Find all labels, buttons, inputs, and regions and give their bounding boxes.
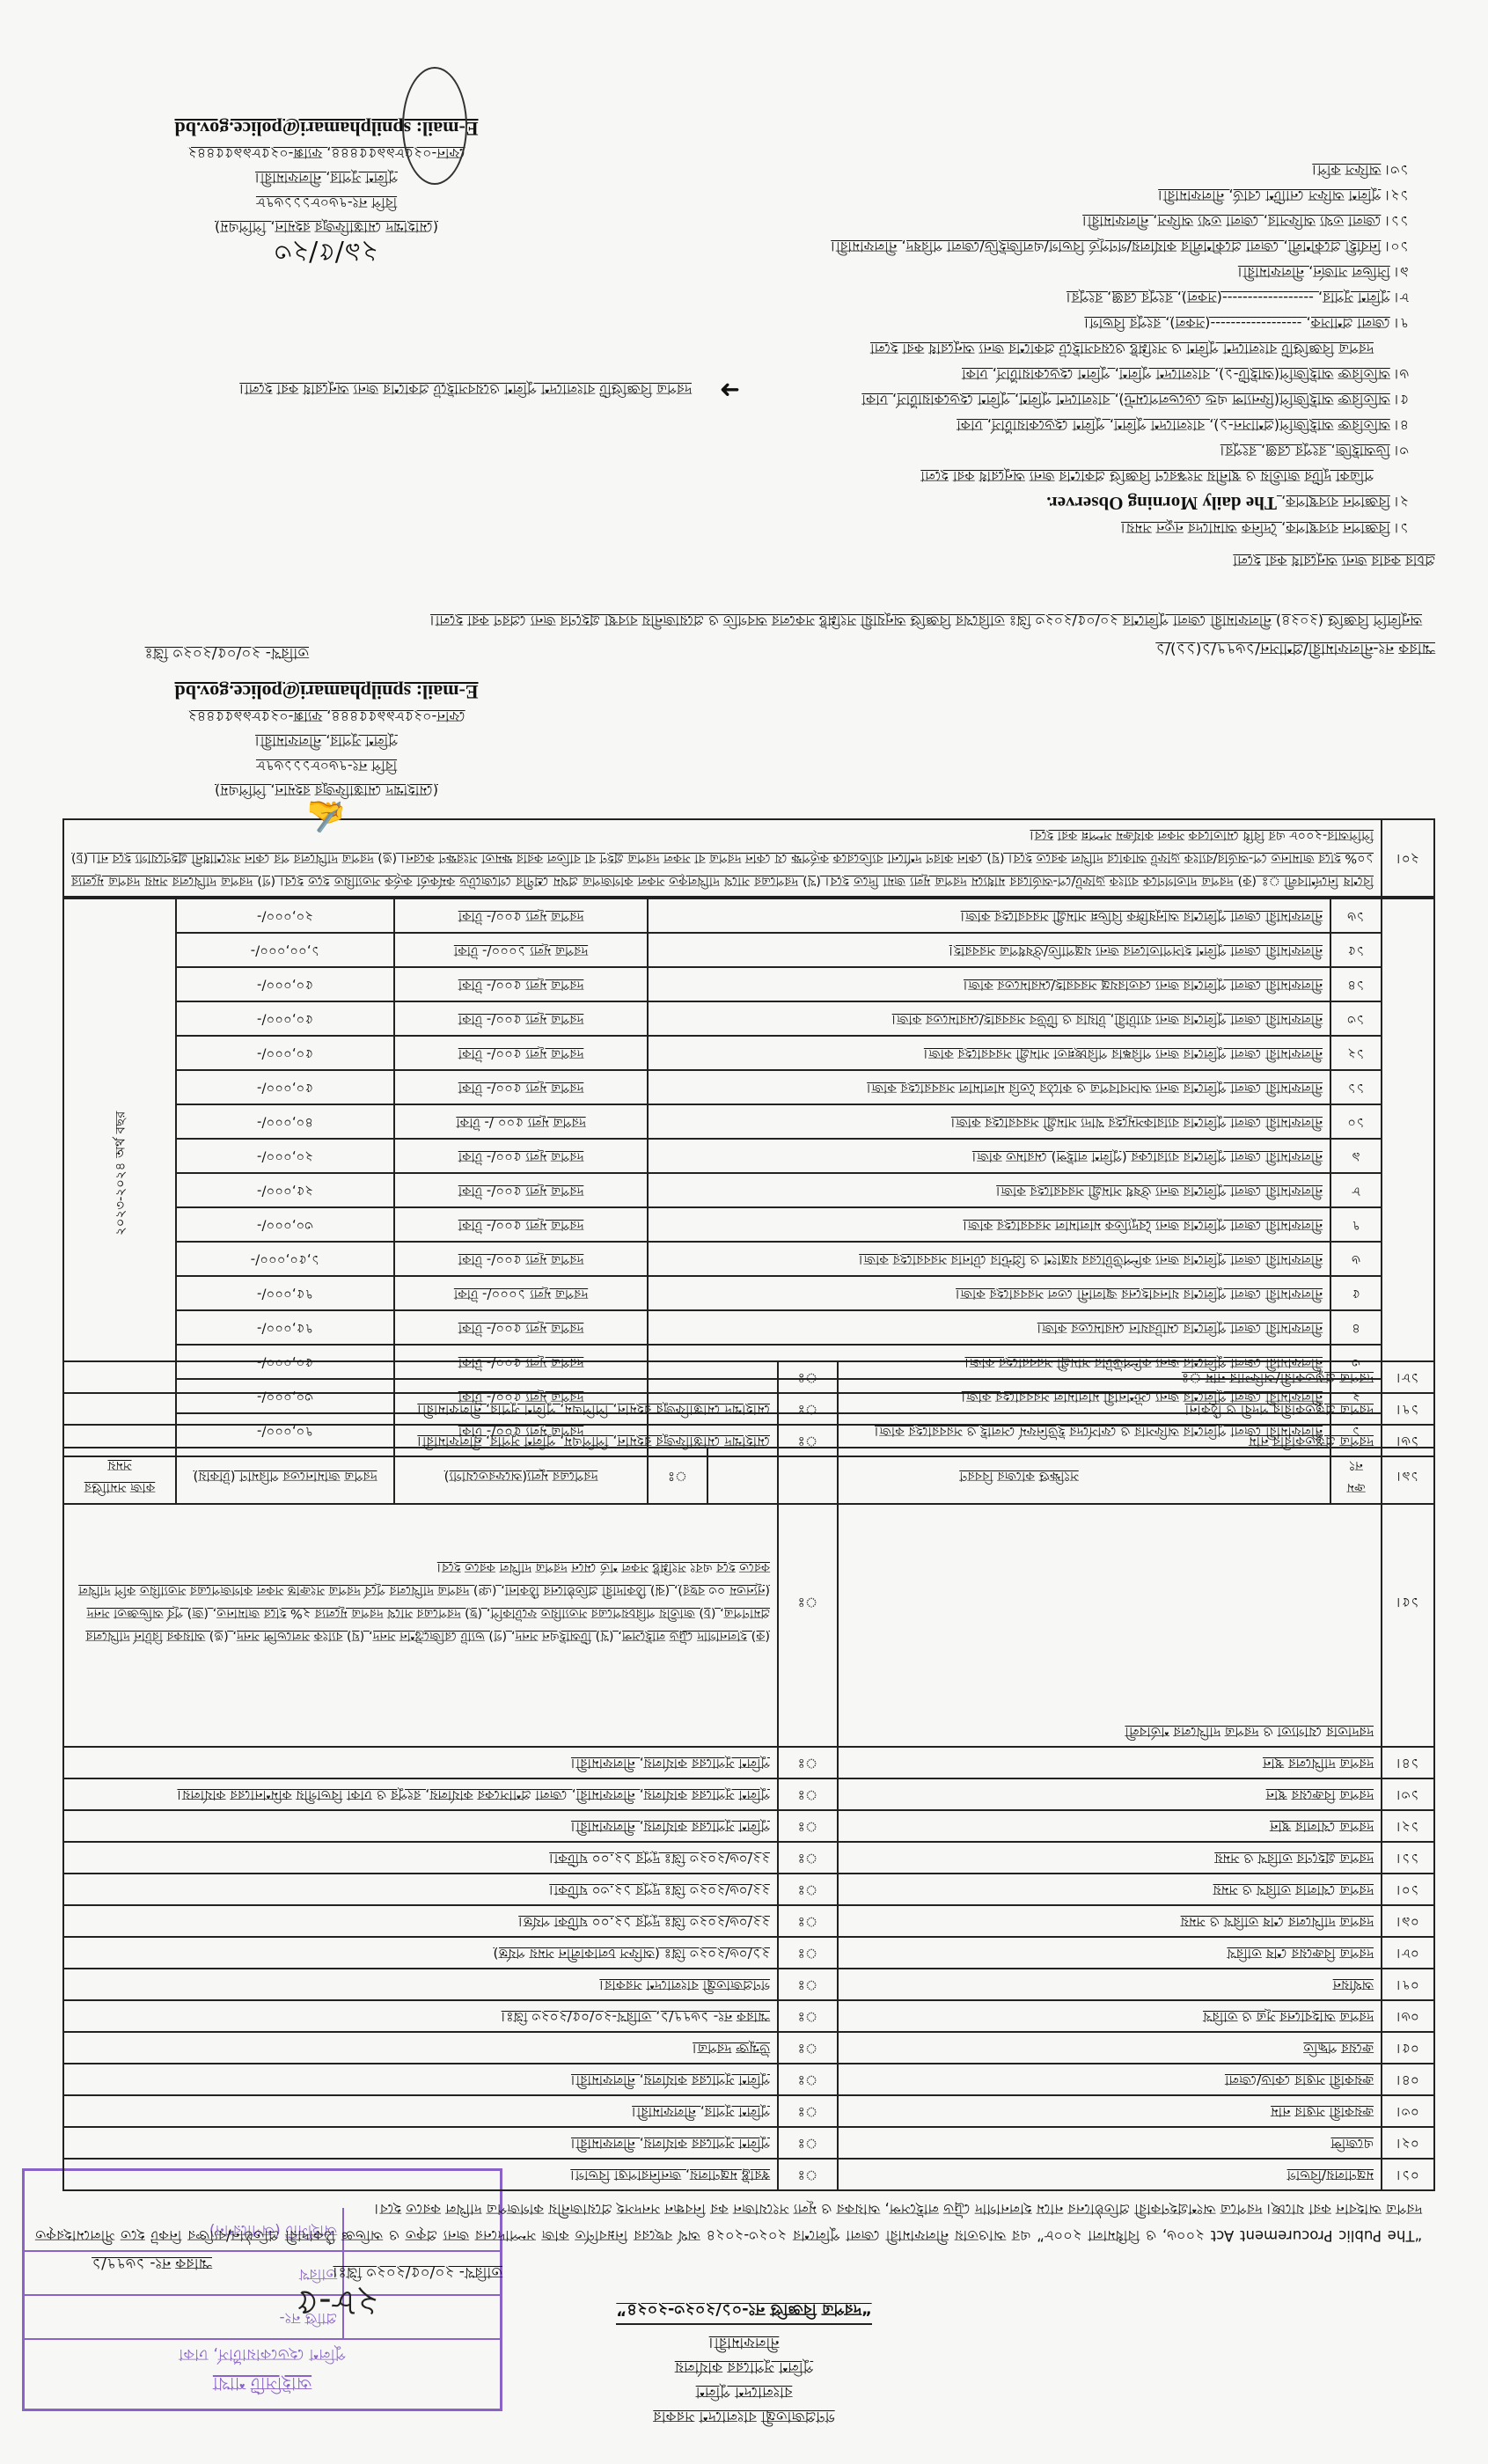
signature-scribble [402, 67, 467, 185]
info-row-colon: ঃ [778, 2095, 838, 2127]
distribution-english: The daily Morning Observer. [1046, 493, 1277, 514]
distribution-number: ৪। [1395, 417, 1409, 434]
info-row-label: দরপত্র আহবানের সূত্র ও তারিখ [838, 2000, 1382, 2032]
work-item-row: ৯নীলফামারী জেলা পুলিশের ব্যারাকের (পুলিশ… [63, 1139, 1434, 1173]
arrow-icon: ➜ [720, 376, 740, 405]
work-item-tender-price: দরপত্র মূল্য ৫০০/- টাকা [394, 1070, 648, 1104]
row-19-spacer [1382, 898, 1434, 1448]
work-item-row: ১০নীলফামারী জেলা পুলিশের ব্যারাকসমূহের খ… [63, 1104, 1434, 1139]
work-item-tender-price: দরপত্র মূল্য ৫০০/- টাকা [394, 1242, 648, 1276]
info-row-number: ১১। [1382, 1842, 1434, 1874]
work-item-description: নীলফামারী জেলা পুলিশের আনুষঙ্গিক বিভিন্ন… [648, 898, 1330, 933]
info-row-colon: ঃ [778, 1810, 838, 1842]
info-row-colon: ঃ [778, 2032, 838, 2064]
notice-title: “দরপত্র বিজ্ঞপ্তি নং-০১/২০২৩-২০২৪” [616, 2297, 871, 2325]
work-item-serial: ১৫ [1330, 933, 1382, 967]
website-note: দরপত্র বিজ্ঞপ্তিটি বাংলাদেশ পুলিশ ওয়েবস… [239, 377, 692, 400]
distribution-text: দরপত্র বিজ্ঞপ্তিটি বাংলাদেশ পুলিশ ও সংশ্… [870, 341, 1374, 357]
work-item-serial: ১ [1330, 1413, 1382, 1448]
info-row: ১৩।দরপত্র বিক্রয়ের স্থানঃপুলিশ সুপারের … [63, 1778, 1434, 1810]
work-item-description: নীলফামারী জেলা পুলিশের ব্যারাকের (পুলিশ … [648, 1139, 1330, 1173]
work-item-description: নীলফামারী জেলা পুলিশের জন্য বৈদ্যুতিক মা… [648, 1207, 1330, 1242]
distribution-number: ১২। [1385, 187, 1409, 204]
header-colon: ঃ [648, 1448, 707, 1504]
distribution-number: ২। [1395, 494, 1409, 510]
work-item-security: ৫০,০০০/- [176, 1001, 394, 1036]
work-item-serial: ৭ [1330, 1207, 1382, 1242]
info-row-value: গণপ্রজাতন্ত্রী বাংলাদেশ সরকার। [63, 1969, 778, 2000]
work-item-row: ৩নীলফামারী জেলা পুলিশের জন্য কম্পিউটার স… [63, 1345, 1434, 1379]
row-20-number: ২০। [1382, 819, 1434, 897]
work-item-description: নীলফামারী জেলা পুলিশের জন্য ব্যাটারী, টা… [648, 1001, 1330, 1036]
work-item-serial: ৯ [1330, 1139, 1382, 1173]
tender-notice-document: গণপ্রজাতন্ত্রী বাংলাদেশ সরকার বাংলাদেশ প… [0, 0, 1488, 2464]
distribution-text: বিজ্ঞাপন ব্যবস্থাপক, দৈনিক আমাদের নতুন স… [1121, 520, 1390, 537]
info-row-value: ২২/০৬/২০২৩ খ্রিঃ দুপুর ১২.০০ ঘটিকা পর্যন… [63, 1905, 778, 1937]
info-row-colon: ঃ [778, 2127, 838, 2159]
work-item-row: ৭নীলফামারী জেলা পুলিশের জন্য বৈদ্যুতিক ম… [63, 1207, 1434, 1242]
work-item-serial: ১৩ [1330, 1001, 1382, 1036]
work-item-description: নীলফামারী জেলা পুলিশের মোটরযান মেরামতের … [648, 1310, 1330, 1345]
distribution-number: ৭। [1395, 315, 1409, 332]
signatory-name: (মোহাম্মদ মোস্তাফিজুর রহমান, পিপিএম) [62, 778, 590, 803]
stamp-title: আইসিটি শাখা [25, 2367, 500, 2409]
work-item-row: ১৪নীলফামারী জেলা পুলিশের জন্য বেতারযন্ত্… [63, 967, 1434, 1001]
header-deadline: কাজ সমাপ্তির সময় [63, 1448, 176, 1504]
work-item-description: নীলফামারী জেলা পুলিশের অফিসার ও ফোর্সদের… [648, 1413, 1330, 1448]
distribution-item: ৩। ডিআইজি, রংপুর রেঞ্জ, রংপুর। [35, 438, 1409, 464]
info-row-label: অর্থায়ন [838, 1969, 1382, 2000]
work-item-serial: ২ [1330, 1379, 1382, 1413]
info-row-number: ১৩। [1382, 1778, 1434, 1810]
distribution-item: পত্রিকা দুটির জাতীয় ও স্থানীয় সংস্করণে… [35, 464, 1409, 489]
info-row-colon: ঃ [778, 2000, 838, 2032]
work-item-description: নীলফামারী জেলা পুলিশের জন্য কম্পিউটার সা… [648, 1345, 1330, 1379]
distribution-item: ৮। পুলিশ সুপার, ------------------(সকল),… [35, 285, 1409, 311]
row-19-number: ১৯। [1382, 1448, 1434, 1504]
general-terms-table: ২০। বিশেষ নির্দেশাবলী ঃ (ক) দরপত্র দাতাগ… [62, 818, 1435, 898]
info-row-value: ২২/০৬/২০২৩ খ্রিঃ দুপুর ১২.০০ ঘটিকা। [63, 1842, 778, 1874]
distribution-text: সিভিল সার্জন, নীলফামারী। [1238, 264, 1390, 281]
work-item-description: নীলফামারী জেলা পুলিশের জন্য ঔষধ সামগ্রী … [648, 1173, 1330, 1207]
work-item-tender-price: দরপত্র মূল্য ৫০০/- টাকা [394, 1001, 648, 1036]
info-row-value: পুলিশ সুপারের কার্যালয়, নীলফামারী। [63, 1810, 778, 1842]
info-row-number: ১২। [1382, 1810, 1434, 1842]
work-item-tender-price: দরপত্র মূল্য ৫০০/- টাকা [394, 1379, 648, 1413]
distribution-text: অফিস কপি। [1312, 162, 1381, 179]
handwritten-date: ২৯/৫/২৩ [62, 239, 590, 264]
info-row: ০২।এজেন্সিঃপুলিশ সুপারের কার্যালয়, নীলফ… [63, 2127, 1434, 2159]
work-item-row: ১১নীলফামারী জেলা পুলিশের জন্য আসবাবপত্র … [63, 1070, 1434, 1104]
distribution-number: ৬। [1395, 366, 1409, 383]
work-item-tender-price: দরপত্র মূল্য ৫০০/- টাকা [394, 1413, 648, 1448]
work-item-security: ৪০,০০০/- [176, 1104, 394, 1139]
info-row-number: ১৪। [1382, 1747, 1434, 1778]
work-item-security: ৭০,০০০/- [176, 1413, 394, 1448]
info-row-label: ক্রয়কারী সত্তার নাম [838, 2095, 1382, 2127]
info-row-number: ০৬। [1382, 2000, 1434, 2032]
info-row-label: এজেন্সি [838, 2127, 1382, 2159]
copy-memo-intro: অনুলিপি বিজ্ঞপ্তি (২০২৪) নীলফামারী জেলা … [35, 607, 1422, 634]
work-item-description: নীলফামারী জেলা পুলিশের যানবাহনের জ্বালান… [648, 1276, 1330, 1310]
work-item-serial: ১৪ [1330, 967, 1382, 1001]
work-item-security: ২৫,০০০/- [176, 1173, 394, 1207]
info-row-number: ১০। [1382, 1874, 1434, 1905]
work-item-serial: ৮ [1330, 1173, 1382, 1207]
info-row-colon: ঃ [778, 1778, 838, 1810]
info-row-number: ০৯। [1382, 1905, 1434, 1937]
work-item-security: ১,৫০,০০০/- [176, 1242, 394, 1276]
info-row-label: দরপত্র খোলার স্থান [838, 1810, 1382, 1842]
distribution-text: পুলিশ অফিস নোটিশ বোর্ড, নীলফামারী। [1158, 187, 1381, 204]
distribution-item: ৭। জেলা প্রশাসক, ------------------(সকল)… [35, 311, 1409, 336]
distribution-text: জেলা তথ্য অফিসার, জেলা তথ্য অফিস, নীলফাম… [1082, 213, 1381, 230]
signatory-name-2: (মোহাম্মদ মোস্তাফিজুর রহমান, পিপিএম) [62, 215, 590, 239]
info-row-label: দরপত্র বিক্রয়ের স্থান [838, 1778, 1382, 1810]
info-row-value: পুলিশ সুপারের কার্যালয়, নীলফামারী। [63, 2127, 778, 2159]
distribution-item: ২। বিজ্ঞাপন ব্যবস্থাপক, The daily Mornin… [35, 489, 1409, 516]
distribution-text: বিজ্ঞাপন ব্যবস্থাপক, [1277, 494, 1390, 510]
work-item-serial: ৫ [1330, 1276, 1382, 1310]
distribution-number: ৮। [1395, 290, 1409, 306]
signatory-designation-2: পুলিশ সুপার, নীলফামারী। [62, 165, 590, 190]
work-item-row: ১৬নীলফামারী জেলা পুলিশের আনুষঙ্গিক বিভিন… [63, 898, 1434, 933]
work-item-tender-price: দরপত্র মূল্য ৫০০/- টাকা [394, 1036, 648, 1070]
work-items-table: ১৯। ক্রম নং সংক্ষিপ্ত কাজের বিবরণ ঃ দরপত… [62, 898, 1435, 1505]
signatory-bp: বিপি নং-৭৬০৮১১১৬৭৮ [62, 753, 590, 778]
work-item-security: ৫০,০০০/- [176, 967, 394, 1001]
info-row-value: স্বরাষ্ট্র মন্ত্রণালয়, জননিরাপত্তা বিভা… [63, 2159, 778, 2190]
work-item-tender-price: দরপত্র মূল্য ৫০০/- টাকা [394, 1310, 648, 1345]
intro-paragraph: “The Public Procurement Act ২০০৬, ও বিধি… [35, 2196, 1422, 2248]
work-item-row: ৫নীলফামারী জেলা পুলিশের যানবাহনের জ্বালা… [63, 1276, 1434, 1310]
distribution-text: জেলা প্রশাসক, ------------------(সকল), র… [1084, 315, 1389, 332]
info-row: ০৮।দরপত্র বিক্রয়ের শেষ তারিখঃ২১/০৬/২০২৩… [63, 1937, 1434, 1969]
distribution-text: পত্রিকা দুটির জাতীয় ও স্থানীয় সংস্করণে… [920, 468, 1374, 485]
work-item-tender-price: দরপত্র মূল্য ১০০০/- টাকা [394, 933, 648, 967]
signatory-bp-2: বিপি নং-৭৬০৮১১১৬৭৮ [62, 190, 590, 215]
info-row: ০৯।দরপত্র দাখিলের শেষ তারিখ ও সময়ঃ২২/০৬… [63, 1905, 1434, 1937]
work-item-serial: ১১ [1330, 1070, 1382, 1104]
copy-memo-number: স্মারক নং-নীলফামারী/প্রশাসন/১৬৭৭/১(১১)/১ [1155, 635, 1435, 660]
work-item-serial: ১২ [1330, 1036, 1382, 1070]
info-row-number: ০২। [1382, 2127, 1434, 2159]
info-row-number: ০৭। [1382, 1969, 1434, 2000]
info-row-value: ২১/০৬/২০২৩ খ্রিঃ (অফিস চলাকালীন সময় পর্… [63, 1937, 778, 1969]
work-item-tender-price: দরপত্র মূল্য ৫০০/- টাকা [394, 1207, 648, 1242]
signatory-designation: পুলিশ সুপার, নীলফামারী। [62, 729, 590, 753]
work-items-header-row: ১৯। ক্রম নং সংক্ষিপ্ত কাজের বিবরণ ঃ দরপত… [63, 1448, 1434, 1504]
info-row-value: পুলিশ সুপারের কার্যালয়, নীলফামারী, জেলা… [63, 1778, 778, 1810]
work-item-row: ২নীলফামারী জেলা পুলিশের জন্য স্টেশনারী ম… [63, 1379, 1434, 1413]
info-row: ০১।মন্ত্রণালয়/বিভাগঃস্বরাষ্ট্র মন্ত্রণা… [63, 2159, 1434, 2190]
work-item-security: ৫০,০০০/- [176, 1070, 394, 1104]
info-row: ০৫।ক্রয়ের পদ্ধতিঃউন্মুক্ত দরপত্র। [63, 2032, 1434, 2064]
work-item-security: ২০,০০০/- [176, 1139, 394, 1173]
info-row-colon: ঃ [778, 1747, 838, 1778]
stamp-subtitle: পুলিশ হেডকোয়ার্টার্স, ঢাকা [25, 2340, 500, 2367]
info-row-number: ০৩। [1382, 2095, 1434, 2127]
work-item-row: ৮নীলফামারী জেলা পুলিশের জন্য ঔষধ সামগ্রী… [63, 1173, 1434, 1207]
info-row: ০৪।ক্রয়কারী সত্তার কোড/জেলাঃপুলিশ সুপার… [63, 2064, 1434, 2095]
work-item-serial: ৩ [1330, 1345, 1382, 1379]
work-item-security: ৫০,০০০/- [176, 1345, 394, 1379]
signature-mark: ✍ [62, 803, 590, 827]
signature-block: ✍ (মোহাম্মদ মোস্তাফিজুর রহমান, পিপিএম) ব… [62, 679, 590, 827]
info-row-label: মন্ত্রণালয়/বিভাগ [838, 2159, 1382, 2190]
distribution-number: ৫। [1395, 392, 1409, 408]
work-item-tender-price: দরপত্র মূল্য ৫০০ /- টাকা [394, 1104, 648, 1139]
info-row: ১১।দরপত্র গ্রহণের তারিখ ও সময়ঃ২২/০৬/২০২… [63, 1842, 1434, 1874]
info-row-value: স্মারক নং- ১৬৭৭/১, তারিখ-২০/০৫/২০২৩ খ্রি… [63, 2000, 778, 2032]
signatory-email-2[interactable]: E-mail: spnilphamari@police.gov.bd [62, 116, 590, 141]
work-item-description: নীলফামারী জেলা পুলিশের জন্য কম্পিউটারের … [648, 1242, 1330, 1276]
work-item-security: ৭৫,০০০/- [176, 1276, 394, 1310]
work-item-description: নীলফামারী জেলা পুলিশের ব্যারাকসমূহের খাদ… [648, 1104, 1330, 1139]
distribution-item: ১। বিজ্ঞাপন ব্যবস্থাপক, দৈনিক আমাদের নতু… [35, 516, 1409, 541]
distribution-text: ডিআইজি, রংপুর রেঞ্জ, রংপুর। [1220, 443, 1390, 459]
work-item-tender-price: দরপত্র মূল্য ৫০০/- টাকা [394, 1173, 648, 1207]
work-item-security: ৭৫,০০০/- [176, 1310, 394, 1345]
work-item-tender-price: দরপত্র মূল্য ৫০০/- টাকা [394, 1139, 648, 1173]
work-item-description: নীলফামারী জেলা পুলিশের জন্য বেতারযন্ত্র … [648, 967, 1330, 1001]
info-row: ১২।দরপত্র খোলার স্থানঃপুলিশ সুপারের কার্… [63, 1810, 1434, 1842]
info-row-colon: ঃ [778, 1842, 838, 1874]
info-row-number: ০৫। [1382, 2032, 1434, 2064]
work-item-security: ৩০,০০০/- [176, 1207, 394, 1242]
distribution-number: ৯। [1395, 264, 1409, 281]
distribution-text: পুলিশ সুপার, ------------------(সকল), রং… [1067, 290, 1390, 306]
distribution-item: দরপত্র বিজ্ঞপ্তিটি বাংলাদেশ পুলিশ ও সংশ্… [35, 336, 1409, 362]
work-item-row: ১৩নীলফামারী জেলা পুলিশের জন্য ব্যাটারী, … [63, 1001, 1434, 1036]
info-row-label: দরপত্র দাখিলের স্থান [838, 1747, 1382, 1778]
distribution-text: অতিরিক্ত আইজিপি(প্রশাসন-১), বাংলাদেশ পুল… [957, 417, 1390, 434]
work-item-row: ১২নীলফামারী জেলা পুলিশের জন্য পরিষ্কার প… [63, 1036, 1434, 1070]
work-item-security: ২০,০০০/- [176, 898, 394, 933]
distribution-number: ১১। [1386, 213, 1410, 230]
work-item-row: ৬নীলফামারী জেলা পুলিশের জন্য কম্পিউটারের… [63, 1242, 1434, 1276]
work-items-section: ১৯। ক্রম নং সংক্ষিপ্ত কাজের বিবরণ ঃ দরপত… [62, 818, 1435, 1505]
info-row-value: পুলিশ সুপার, নীলফামারী। [63, 2095, 778, 2127]
info-row-label: দরপত্র গ্রহণের তারিখ ও সময় [838, 1842, 1382, 1874]
memo-date: তারিখ- ২০/০৫/২০২৩ খ্রিঃ। [333, 2259, 502, 2284]
distribution-number: ৩। [1395, 443, 1409, 459]
info-row-label: দরপত্র খোলার তারিখ ও সময় [838, 1874, 1382, 1905]
work-item-security: ৫০,০০০/- [176, 1036, 394, 1070]
info-row-value: পুলিশ সুপারের কার্যালয়, নীলফামারী। [63, 1747, 778, 1778]
distribution-text: অতিরিক্ত আইজিপি(আইটি-১), বাংলাদেশ পুলিশ,… [962, 366, 1390, 383]
distribution-text: নির্বাহী প্রকৌশলী, জেলা প্রকৌশলীর কার্যা… [831, 238, 1381, 255]
signatory-email[interactable]: E-mail: spnilphamari@police.gov.bd [62, 679, 590, 704]
work-item-serial: ১৬ [1330, 898, 1382, 933]
work-item-row: ১নীলফামারী জেলা পুলিশের অফিসার ও ফোর্সদে… [63, 1413, 1434, 1448]
info-row-value: পুলিশ সুপারের কার্যালয়, নীলফামারী। [63, 2064, 778, 2095]
work-item-tender-price: দরপত্র মূল্য ৫০০/- টাকা [394, 967, 648, 1001]
info-row-colon: ঃ [778, 1874, 838, 1905]
info-row-value: উন্মুক্ত দরপত্র। [63, 2032, 778, 2064]
work-item-tender-price: দরপত্র মূল্য ৫০০/- টাকা [394, 898, 648, 933]
header-tender-price: দরপত্রের মূল্য(অফেরতযোগ্য) [394, 1448, 648, 1504]
info-row-number: ০৮। [1382, 1937, 1434, 1969]
info-row-value: ২২/০৬/২০২৩ খ্রিঃ দুপুর ১২.৩০ ঘটিকা। [63, 1874, 778, 1905]
publish-request: প্রচার করার জন্য অনুরোধ করা হলো [1233, 548, 1435, 572]
work-item-tender-price: দরপত্র মূল্য ৫০০/- টাকা [394, 1345, 648, 1379]
work-item-serial: ৪ [1330, 1310, 1382, 1345]
info-row: ০৭।অর্থায়নঃগণপ্রজাতন্ত্রী বাংলাদেশ সরকা… [63, 1969, 1434, 2000]
info-row-colon: ঃ [778, 1969, 838, 2000]
signatory-phone-2: ফোন-০২৫৮৯৯৫৫৪৪৪, ফ্যাক্স-০২৫৮৯৯৫৫৪৪২ [62, 141, 590, 165]
work-item-description: নীলফামারী জেলা পুলিশের জন্য পরিষ্কার পরি… [648, 1036, 1330, 1070]
work-item-serial: ১০ [1330, 1104, 1382, 1139]
info-row-colon: ঃ [778, 2064, 838, 2095]
header-description: সংক্ষিপ্ত কাজের বিবরণ [707, 1448, 1330, 1504]
info-row-colon: ঃ [778, 1937, 838, 1969]
distribution-text: অতিরিক্ত আইজিপি(ফিন্যান্স এন্ড ডেভেলপমেন… [861, 392, 1389, 408]
work-item-serial: ৬ [1330, 1242, 1382, 1276]
info-row-number: ০১। [1382, 2159, 1434, 2190]
signatory-phone: ফোন-০২৫৮৯৯৫৫৪৪৪, ফ্যাক্স-০২৫৮৯৯৫৫৪৪২ [62, 704, 590, 729]
distribution-number: ১৩। [1385, 162, 1409, 179]
info-row-number: ০৪। [1382, 2064, 1434, 2095]
general-terms-text: বিশেষ নির্দেশাবলী ঃ (ক) দরপত্র দাতাগণকে … [63, 819, 1382, 897]
signature-block-2: ২৯/৫/২৩ (মোহাম্মদ মোস্তাফিজুর রহমান, পিপ… [62, 116, 590, 264]
info-row-label: দরপত্র দাখিলের শেষ তারিখ ও সময় [838, 1905, 1382, 1937]
work-item-security: ৩০,০০০/- [176, 1379, 394, 1413]
copy-memo-date: তারিখ- ২০/০৫/২০২৩ খ্রিঃ [145, 640, 309, 664]
distribution-number: ১০। [1385, 238, 1409, 255]
work-item-security: ১,০০,০০০/- [176, 933, 394, 967]
info-row: ০৬।দরপত্র আহবানের সূত্র ও তারিখঃস্মারক ন… [63, 2000, 1434, 2032]
info-row-colon: ঃ [778, 2159, 838, 2190]
info-row: ১৪।দরপত্র দাখিলের স্থানঃপুলিশ সুপারের কা… [63, 1747, 1434, 1778]
work-item-tender-price: দরপত্র মূল্য ১০০০/- টাকা [394, 1276, 648, 1310]
info-row-label: দরপত্র বিক্রয়ের শেষ তারিখ [838, 1937, 1382, 1969]
distribution-item: ৪। অতিরিক্ত আইজিপি(প্রশাসন-১), বাংলাদেশ … [35, 413, 1409, 438]
header-security: দরপত্র জামানতের পরিমাণ (টাকায়) [176, 1448, 394, 1504]
info-row: ০৩।ক্রয়কারী সত্তার নামঃপুলিশ সুপার, নীল… [63, 2095, 1434, 2127]
info-row-label: ক্রয়কারী সত্তার কোড/জেলা [838, 2064, 1382, 2095]
info-row-colon: ঃ [778, 1905, 838, 1937]
info-row: ১০।দরপত্র খোলার তারিখ ও সময়ঃ২২/০৬/২০২৩ … [63, 1874, 1434, 1905]
work-item-description: নীলফামারী জেলা পুলিশের জন্য স্টেশনারী মা… [648, 1379, 1330, 1413]
work-item-description: নীলফামারী জেলা পুলিশ হাসপাতালের জন্য যন্… [648, 933, 1330, 967]
info-row-label: ক্রয়ের পদ্ধতি [838, 2032, 1382, 2064]
work-item-row: ৪নীলফামারী জেলা পুলিশের মোটরযান মেরামতের… [63, 1310, 1434, 1345]
distribution-number: ১। [1395, 520, 1409, 537]
memo-number: স্মারক নং- ১৬৭৭/১ [92, 2250, 212, 2275]
header-serial: ক্রম নং [1330, 1448, 1382, 1504]
work-item-description: নীলফামারী জেলা পুলিশের জন্য আসবাবপত্র ও … [648, 1070, 1330, 1104]
completion-period: ২০২৩-২০২৪ অর্থ বছর [63, 898, 176, 1448]
work-item-row: ১৫নীলফামারী জেলা পুলিশ হাসপাতালের জন্য য… [63, 933, 1434, 967]
